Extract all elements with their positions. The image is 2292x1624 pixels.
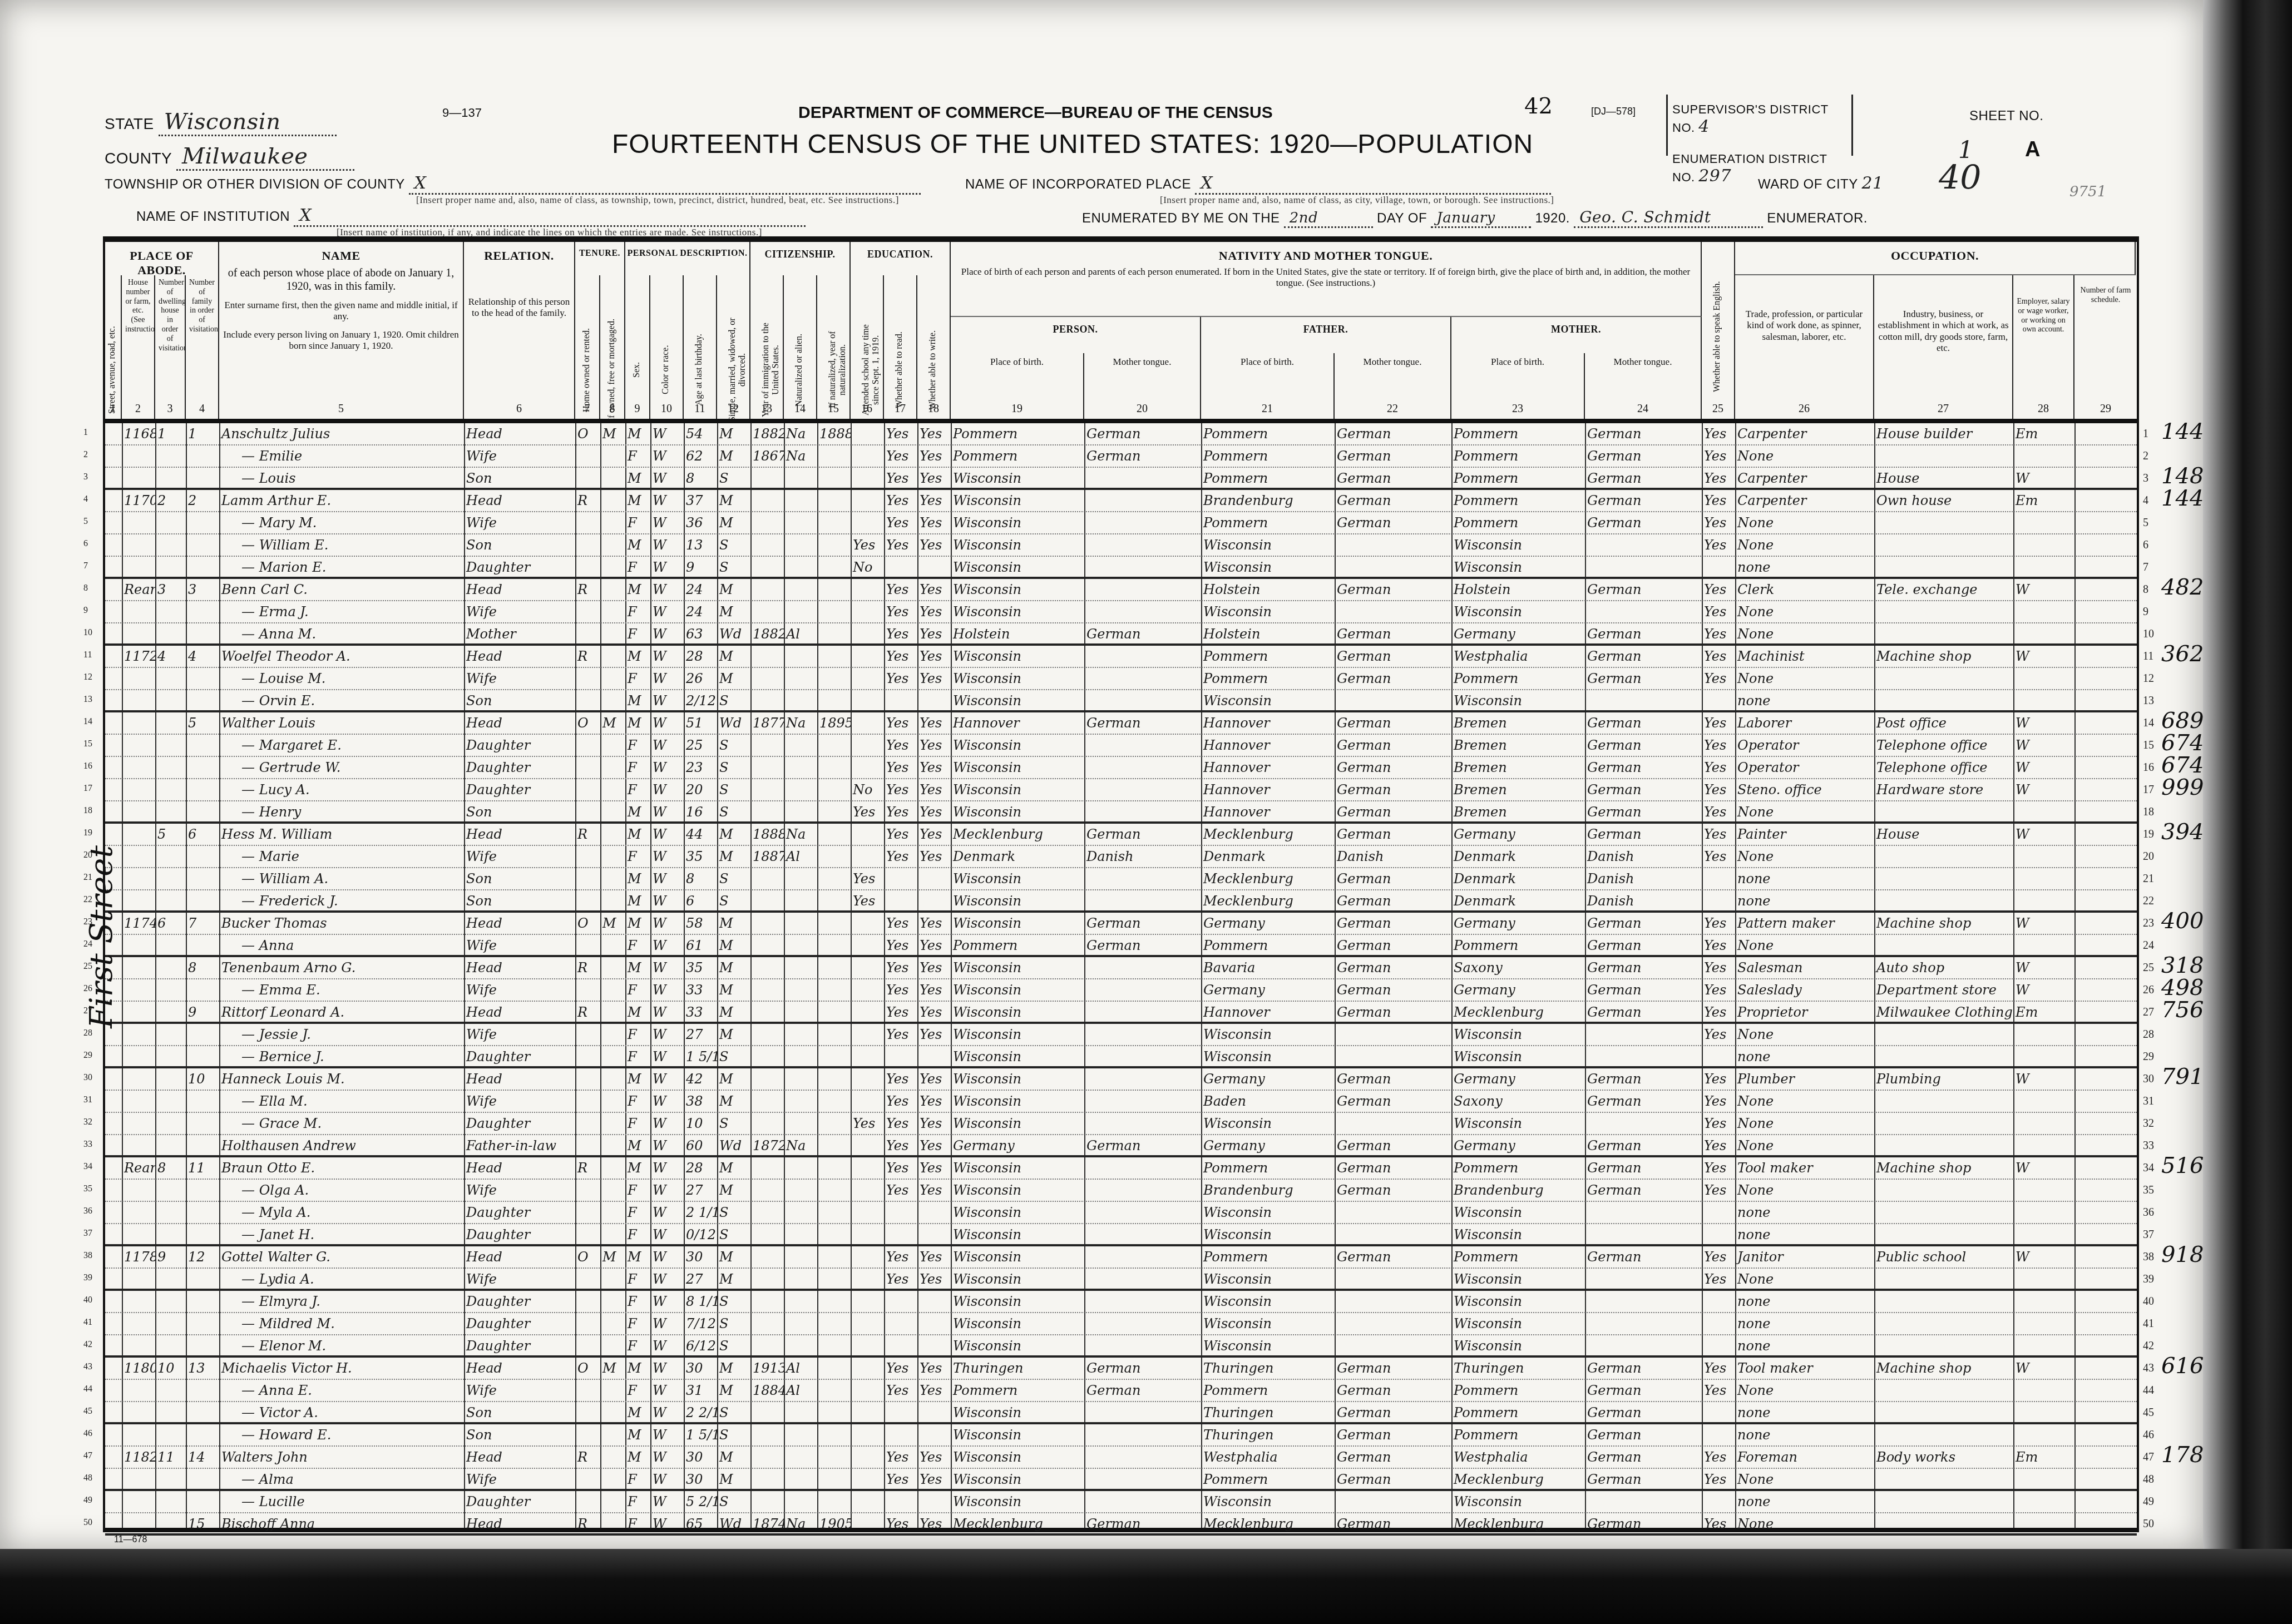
cell-pob: Wisconsin [951, 490, 1084, 511]
line-number-left: 45 [83, 1407, 92, 1417]
cell-ind: Department store [1874, 979, 2013, 1001]
line-number-left: 4 [83, 494, 88, 504]
cell-emp [2013, 801, 2074, 823]
cell-ms: S [717, 1046, 750, 1067]
cell-imm [750, 646, 784, 667]
cell-dw [155, 690, 186, 711]
cell-mpob: Denmark [1451, 846, 1585, 867]
cell-dw [155, 1135, 186, 1156]
cell-write [917, 1313, 951, 1334]
cell-name: Rittorf Leonard A. [219, 1002, 464, 1023]
cell-sch [851, 490, 884, 511]
cell-sch: Yes [851, 801, 884, 823]
cell-dw: 5 [155, 824, 186, 845]
cell-sex: F [625, 1113, 650, 1134]
form-number: 9—137 [442, 106, 482, 120]
cell-mmt [1585, 690, 1702, 711]
cell-sch [851, 646, 884, 667]
cell-natyr [817, 579, 851, 600]
line-number: 31 [2143, 1095, 2154, 1108]
cell-pob: Wisconsin [951, 735, 1084, 756]
cell-race: W [650, 623, 684, 645]
cell-dw [155, 1513, 186, 1534]
line-number-left: 2 [83, 450, 88, 460]
cell-mt: German [1084, 445, 1201, 467]
cell-natyr [817, 534, 851, 556]
cell-nat [784, 1335, 817, 1356]
cell-pob: Wisconsin [951, 512, 1084, 533]
cell-age: 27 [684, 1024, 717, 1045]
cell-emp [2013, 690, 2074, 711]
cell-fmt: German [1335, 1358, 1451, 1379]
cell-sch [851, 846, 884, 867]
cell-fmt [1335, 1269, 1451, 1290]
line-number: 11 [2143, 650, 2153, 663]
cell-read: Yes [884, 935, 917, 956]
header-rule [105, 419, 2137, 423]
cell-mmt [1585, 601, 1702, 622]
table-row: — Ella M.WifeFW38MYesYesWisconsinBadenGe… [105, 1091, 2137, 1113]
cell-read [884, 890, 917, 912]
cell-mpob: Pommern [1451, 423, 1585, 444]
cell-name: Hanneck Louis M. [219, 1068, 464, 1090]
cell-fam: 9 [186, 1002, 219, 1023]
cell-age: 33 [684, 979, 717, 1001]
cell-ms: M [717, 1157, 750, 1179]
cell-fmt: German [1335, 668, 1451, 689]
cell-rel: Daughter [464, 757, 575, 778]
cell-sch [851, 1291, 884, 1312]
cell-mt [1084, 1313, 1201, 1334]
cell-ms: M [717, 423, 750, 444]
cell-mort [600, 890, 625, 912]
cell-eng: Yes [1702, 979, 1735, 1001]
cell-occ: None [1735, 601, 1874, 622]
cell-eng: Yes [1702, 957, 1735, 978]
cell-imm [750, 1291, 784, 1312]
line-number: 18 [2143, 806, 2154, 819]
cell-mpob: Wisconsin [1451, 1313, 1585, 1334]
cell-rel: Daughter [464, 557, 575, 578]
cell-natyr [817, 935, 851, 956]
cell-ind [1874, 623, 2013, 645]
cell-rel: Wife [464, 935, 575, 956]
header-name: NAME of each person whose place of abode… [219, 242, 464, 419]
line-number: 42 [2143, 1340, 2154, 1353]
cell-mmt: German [1585, 935, 1702, 956]
cell-race: W [650, 1380, 684, 1401]
line-number: 14 [2143, 717, 2154, 730]
cell-fmt: German [1335, 1246, 1451, 1267]
cell-own [575, 735, 600, 756]
cell-house [122, 1513, 155, 1534]
cell-emp [2013, 1180, 2074, 1201]
cell-fpob: Wisconsin [1201, 1046, 1335, 1067]
cell-read: Yes [884, 1113, 917, 1134]
cell-house [122, 468, 155, 489]
cell-sex: M [625, 890, 650, 912]
cell-ind: Telephone office [1874, 735, 2013, 756]
cell-eng [1702, 557, 1735, 578]
cell-sch: Yes [851, 890, 884, 912]
cell-race: W [650, 579, 684, 600]
cell-name: Bucker Thomas [219, 913, 464, 934]
cell-occ: none [1735, 1402, 1874, 1423]
cell-sch [851, 1157, 884, 1179]
cell-race: W [650, 1424, 684, 1445]
cell-imm [750, 534, 784, 556]
cell-mmt [1585, 1291, 1702, 1312]
cell-emp [2013, 1402, 2074, 1423]
cell-fpob: Pommern [1201, 646, 1335, 667]
cell-emp [2013, 512, 2074, 533]
cell-emp: W [2013, 913, 2074, 934]
cell-mort [600, 1180, 625, 1201]
cell-mt [1084, 1046, 1201, 1067]
cell-sch [851, 445, 884, 467]
cell-name: Woelfel Theodor A. [219, 646, 464, 667]
cell-name: Walters John [219, 1447, 464, 1468]
cell-write: Yes [917, 534, 951, 556]
cell-fmt: German [1335, 1424, 1451, 1445]
cell-nat [784, 1046, 817, 1067]
cell-dw [155, 735, 186, 756]
cell-mt [1084, 534, 1201, 556]
cell-fam [186, 534, 219, 556]
table-row: Holthausen AndrewFather-in-lawMW60Wd1872… [105, 1135, 2137, 1157]
cell-mmt: German [1585, 1135, 1702, 1156]
cell-rel: Head [464, 1002, 575, 1023]
line-number-left: 48 [83, 1473, 92, 1483]
cell-imm [750, 1313, 784, 1334]
cell-age: 16 [684, 801, 717, 823]
district-box: Supervisor's District No. 4 Enumeration … [1666, 95, 1853, 156]
table-row: — Olga A.WifeFW27MYesYesWisconsinBranden… [105, 1180, 2137, 1202]
cell-sch [851, 1135, 884, 1156]
cell-write: Yes [917, 1358, 951, 1379]
cell-read: Yes [884, 1135, 917, 1156]
cell-own [575, 868, 600, 889]
table-row: — EmilieWifeFW62M1867NaYesYesPommernGerm… [105, 445, 2137, 468]
cell-mt: German [1084, 423, 1201, 444]
line-number-left: 19 [83, 828, 92, 838]
cell-mmt [1585, 1313, 1702, 1334]
cell-age: 38 [684, 1091, 717, 1112]
cell-rel: Wife [464, 1180, 575, 1201]
cell-fmt: German [1335, 935, 1451, 956]
cell-rel: Wife [464, 668, 575, 689]
cell-read: Yes [884, 423, 917, 444]
cell-fmt: German [1335, 1091, 1451, 1112]
cell-pob: Wisconsin [951, 779, 1084, 800]
cell-fmt [1335, 1224, 1451, 1245]
cell-dw [155, 1491, 186, 1512]
cell-rel: Daughter [464, 1313, 575, 1334]
cell-rel: Head [464, 1358, 575, 1379]
cell-age: 62 [684, 445, 717, 467]
cell-imm [750, 1024, 784, 1045]
dj-code: [DJ—578] [1591, 106, 1636, 117]
cell-eng: Yes [1702, 1358, 1735, 1379]
cell-sex: M [625, 1402, 650, 1423]
cell-imm [750, 1068, 784, 1090]
cell-read: Yes [884, 913, 917, 934]
cell-imm [750, 601, 784, 622]
cell-rel: Head [464, 490, 575, 511]
cell-occ: None [1735, 1091, 1874, 1112]
cell-eng: Yes [1702, 668, 1735, 689]
cell-imm [750, 801, 784, 823]
cell-imm [750, 735, 784, 756]
cell-mpob: Germany [1451, 1135, 1585, 1156]
cell-fpob: Pommern [1201, 935, 1335, 956]
cell-pob: Wisconsin [951, 1269, 1084, 1290]
cell-eng [1702, 1046, 1735, 1067]
cell-ind [1874, 890, 2013, 912]
cell-age: 42 [684, 1068, 717, 1090]
cell-fmt: German [1335, 1135, 1451, 1156]
cell-sex: F [625, 1335, 650, 1356]
cell-imm [750, 1113, 784, 1134]
cell-mort [600, 868, 625, 889]
line-number-left: 32 [83, 1117, 92, 1127]
cell-ms: M [717, 979, 750, 1001]
cell-fam [186, 735, 219, 756]
cell-age: 2/12 [684, 690, 717, 711]
cell-name: — Myla A. [219, 1202, 464, 1223]
cell-mpob: Wisconsin [1451, 1291, 1585, 1312]
cell-ind [1874, 801, 2013, 823]
cell-mmt: German [1585, 512, 1702, 533]
cell-fmt: German [1335, 512, 1451, 533]
cell-age: 2 2/12 [684, 1402, 717, 1423]
cell-age: 65 [684, 1513, 717, 1534]
cell-house [122, 890, 155, 912]
cell-sex: M [625, 824, 650, 845]
cell-ms: M [717, 579, 750, 600]
cell-sex: M [625, 423, 650, 444]
cell-imm: 1913 [750, 1358, 784, 1379]
cell-imm: 1884 [750, 1380, 784, 1401]
cell-ms: S [717, 468, 750, 489]
line-number: 9 [2143, 606, 2148, 618]
cell-imm: 1872 [750, 1135, 784, 1156]
cell-imm: 1882 [750, 623, 784, 645]
cell-eng: Yes [1702, 490, 1735, 511]
cell-write [917, 1224, 951, 1245]
cell-write: Yes [917, 601, 951, 622]
cell-read: Yes [884, 1269, 917, 1290]
cell-name: — Ella M. [219, 1091, 464, 1112]
cell-mpob: Pommern [1451, 512, 1585, 533]
cell-rel: Head [464, 423, 575, 444]
cell-ind [1874, 1135, 2013, 1156]
cell-sch [851, 712, 884, 734]
cell-rel: Son [464, 534, 575, 556]
cell-house [122, 557, 155, 578]
cell-dw [155, 1068, 186, 1090]
line-number-left: 50 [83, 1518, 92, 1528]
cell-fam: 13 [186, 1358, 219, 1379]
cell-fpob: Denmark [1201, 846, 1335, 867]
cell-name: — Anna [219, 935, 464, 956]
cell-race: W [650, 712, 684, 734]
cell-dw [155, 1002, 186, 1023]
cell-mmt: German [1585, 824, 1702, 845]
cell-natyr [817, 1068, 851, 1090]
cell-eng: Yes [1702, 801, 1735, 823]
cell-sex: F [625, 757, 650, 778]
cell-own [575, 512, 600, 533]
cell-ms: S [717, 757, 750, 778]
cell-pob: Wisconsin [951, 913, 1084, 934]
cell-eng: Yes [1702, 1135, 1735, 1156]
line-number: 44 [2143, 1384, 2154, 1397]
cell-ind [1874, 1113, 2013, 1134]
cell-pob: Wisconsin [951, 1157, 1084, 1179]
table-row: 117244Woelfel Theodor A.HeadRMW28MYesYes… [105, 646, 2137, 668]
cell-fam [186, 601, 219, 622]
cell-own [575, 1313, 600, 1334]
line-number: 40 [2143, 1295, 2154, 1308]
cell-fam [186, 1224, 219, 1245]
cell-mt: German [1084, 1380, 1201, 1401]
line-number: 29 [2143, 1051, 2154, 1063]
cell-pob: Wisconsin [951, 1180, 1084, 1201]
cell-mort [600, 757, 625, 778]
line-number: 41 [2143, 1318, 2154, 1330]
cell-mmt: German [1585, 623, 1702, 645]
cell-imm [750, 979, 784, 1001]
cell-fam [186, 1091, 219, 1112]
cell-write [917, 690, 951, 711]
line-number-left: 33 [83, 1140, 92, 1150]
cell-dw [155, 779, 186, 800]
cell-mt [1084, 957, 1201, 978]
cell-name: Hess M. William [219, 824, 464, 845]
cell-mt [1084, 1469, 1201, 1490]
line-number: 21 [2143, 873, 2154, 885]
cell-fmt: German [1335, 957, 1451, 978]
cell-occ: None [1735, 1135, 1874, 1156]
table-row: — Victor A.SonMW2 2/12SWisconsinThuringe… [105, 1402, 2137, 1424]
cell-sex: F [625, 557, 650, 578]
line-number: 36 [2143, 1206, 2154, 1219]
cell-rel: Daughter [464, 735, 575, 756]
cell-ms: Wd [717, 1513, 750, 1534]
header-col-8: If owned, free or mortgaged.8 [600, 275, 625, 419]
header-col-29: Number of farm schedule.29 [2074, 242, 2137, 419]
cell-ind: Machine shop [1874, 1358, 2013, 1379]
cell-natyr [817, 801, 851, 823]
cell-eng [1702, 868, 1735, 889]
cell-mt [1084, 690, 1201, 711]
cell-mpob: Wisconsin [1451, 601, 1585, 622]
cell-ms: M [717, 913, 750, 934]
cell-emp [2013, 1269, 2074, 1290]
cell-emp [2013, 1046, 2074, 1067]
cell-age: 6/12 [684, 1335, 717, 1356]
cell-write: Yes [917, 445, 951, 467]
cell-house [122, 868, 155, 889]
cell-name: — Alma [219, 1469, 464, 1490]
cell-pob: Wisconsin [951, 1291, 1084, 1312]
cell-nat [784, 1113, 817, 1134]
header-col-3: Number of dwelling house in order of vis… [155, 275, 186, 419]
cell-name: — Marion E. [219, 557, 464, 578]
cell-age: 30 [684, 1358, 717, 1379]
cell-mpob: Wisconsin [1451, 690, 1585, 711]
cell-occ: Carpenter [1735, 468, 1874, 489]
cell-natyr [817, 1002, 851, 1023]
cell-emp [2013, 1224, 2074, 1245]
cell-read [884, 1224, 917, 1245]
cell-race: W [650, 1291, 684, 1312]
cell-emp: W [2013, 579, 2074, 600]
cell-eng: Yes [1702, 512, 1735, 533]
cell-mort [600, 1269, 625, 1290]
cell-nat: Al [784, 1358, 817, 1379]
cell-dw: 6 [155, 913, 186, 934]
cell-pob: Wisconsin [951, 890, 1084, 912]
line-number-left: 6 [83, 539, 88, 549]
cell-mpob: Denmark [1451, 868, 1585, 889]
cell-mpob: Bremen [1451, 735, 1585, 756]
cell-pob: Wisconsin [951, 757, 1084, 778]
cell-mmt: German [1585, 779, 1702, 800]
cell-sex: F [625, 1180, 650, 1201]
cell-own [575, 1091, 600, 1112]
cell-name: Walther Louis [219, 712, 464, 734]
cell-fpob: Hannover [1201, 712, 1335, 734]
cell-mort [600, 957, 625, 978]
cell-emp [2013, 1513, 2074, 1534]
cell-natyr [817, 1313, 851, 1334]
cell-sex: F [625, 979, 650, 1001]
cell-sch [851, 913, 884, 934]
cell-house [122, 690, 155, 711]
cell-imm [750, 757, 784, 778]
cell-pob: Wisconsin [951, 1313, 1084, 1334]
cell-mt: German [1084, 913, 1201, 934]
cell-own [575, 1046, 600, 1067]
cell-read: Yes [884, 468, 917, 489]
cell-name: Holthausen Andrew [219, 1135, 464, 1156]
cell-mpob: Pommern [1451, 935, 1585, 956]
cell-age: 36 [684, 512, 717, 533]
cell-fpob: Wisconsin [1201, 557, 1335, 578]
cell-own: R [575, 579, 600, 600]
cell-eng: Yes [1702, 623, 1735, 645]
cell-fam [186, 868, 219, 889]
cell-fpob: Germany [1201, 1135, 1335, 1156]
line-number-left: 8 [83, 583, 88, 593]
cell-pob: Wisconsin [951, 868, 1084, 889]
margin-annotation: 756 [2161, 997, 2204, 1023]
cell-mmt: Danish [1585, 868, 1702, 889]
cell-rel: Son [464, 1402, 575, 1423]
cell-mmt: German [1585, 1180, 1702, 1201]
line-number: 34 [2143, 1162, 2154, 1175]
cell-dw [155, 1180, 186, 1201]
cell-rel: Wife [464, 512, 575, 533]
cell-nat [784, 668, 817, 689]
cell-mpob: Germany [1451, 824, 1585, 845]
cell-imm: 1887 [750, 846, 784, 867]
cell-house [122, 601, 155, 622]
county-value: Milwaukee [176, 143, 354, 171]
cell-mt [1084, 646, 1201, 667]
